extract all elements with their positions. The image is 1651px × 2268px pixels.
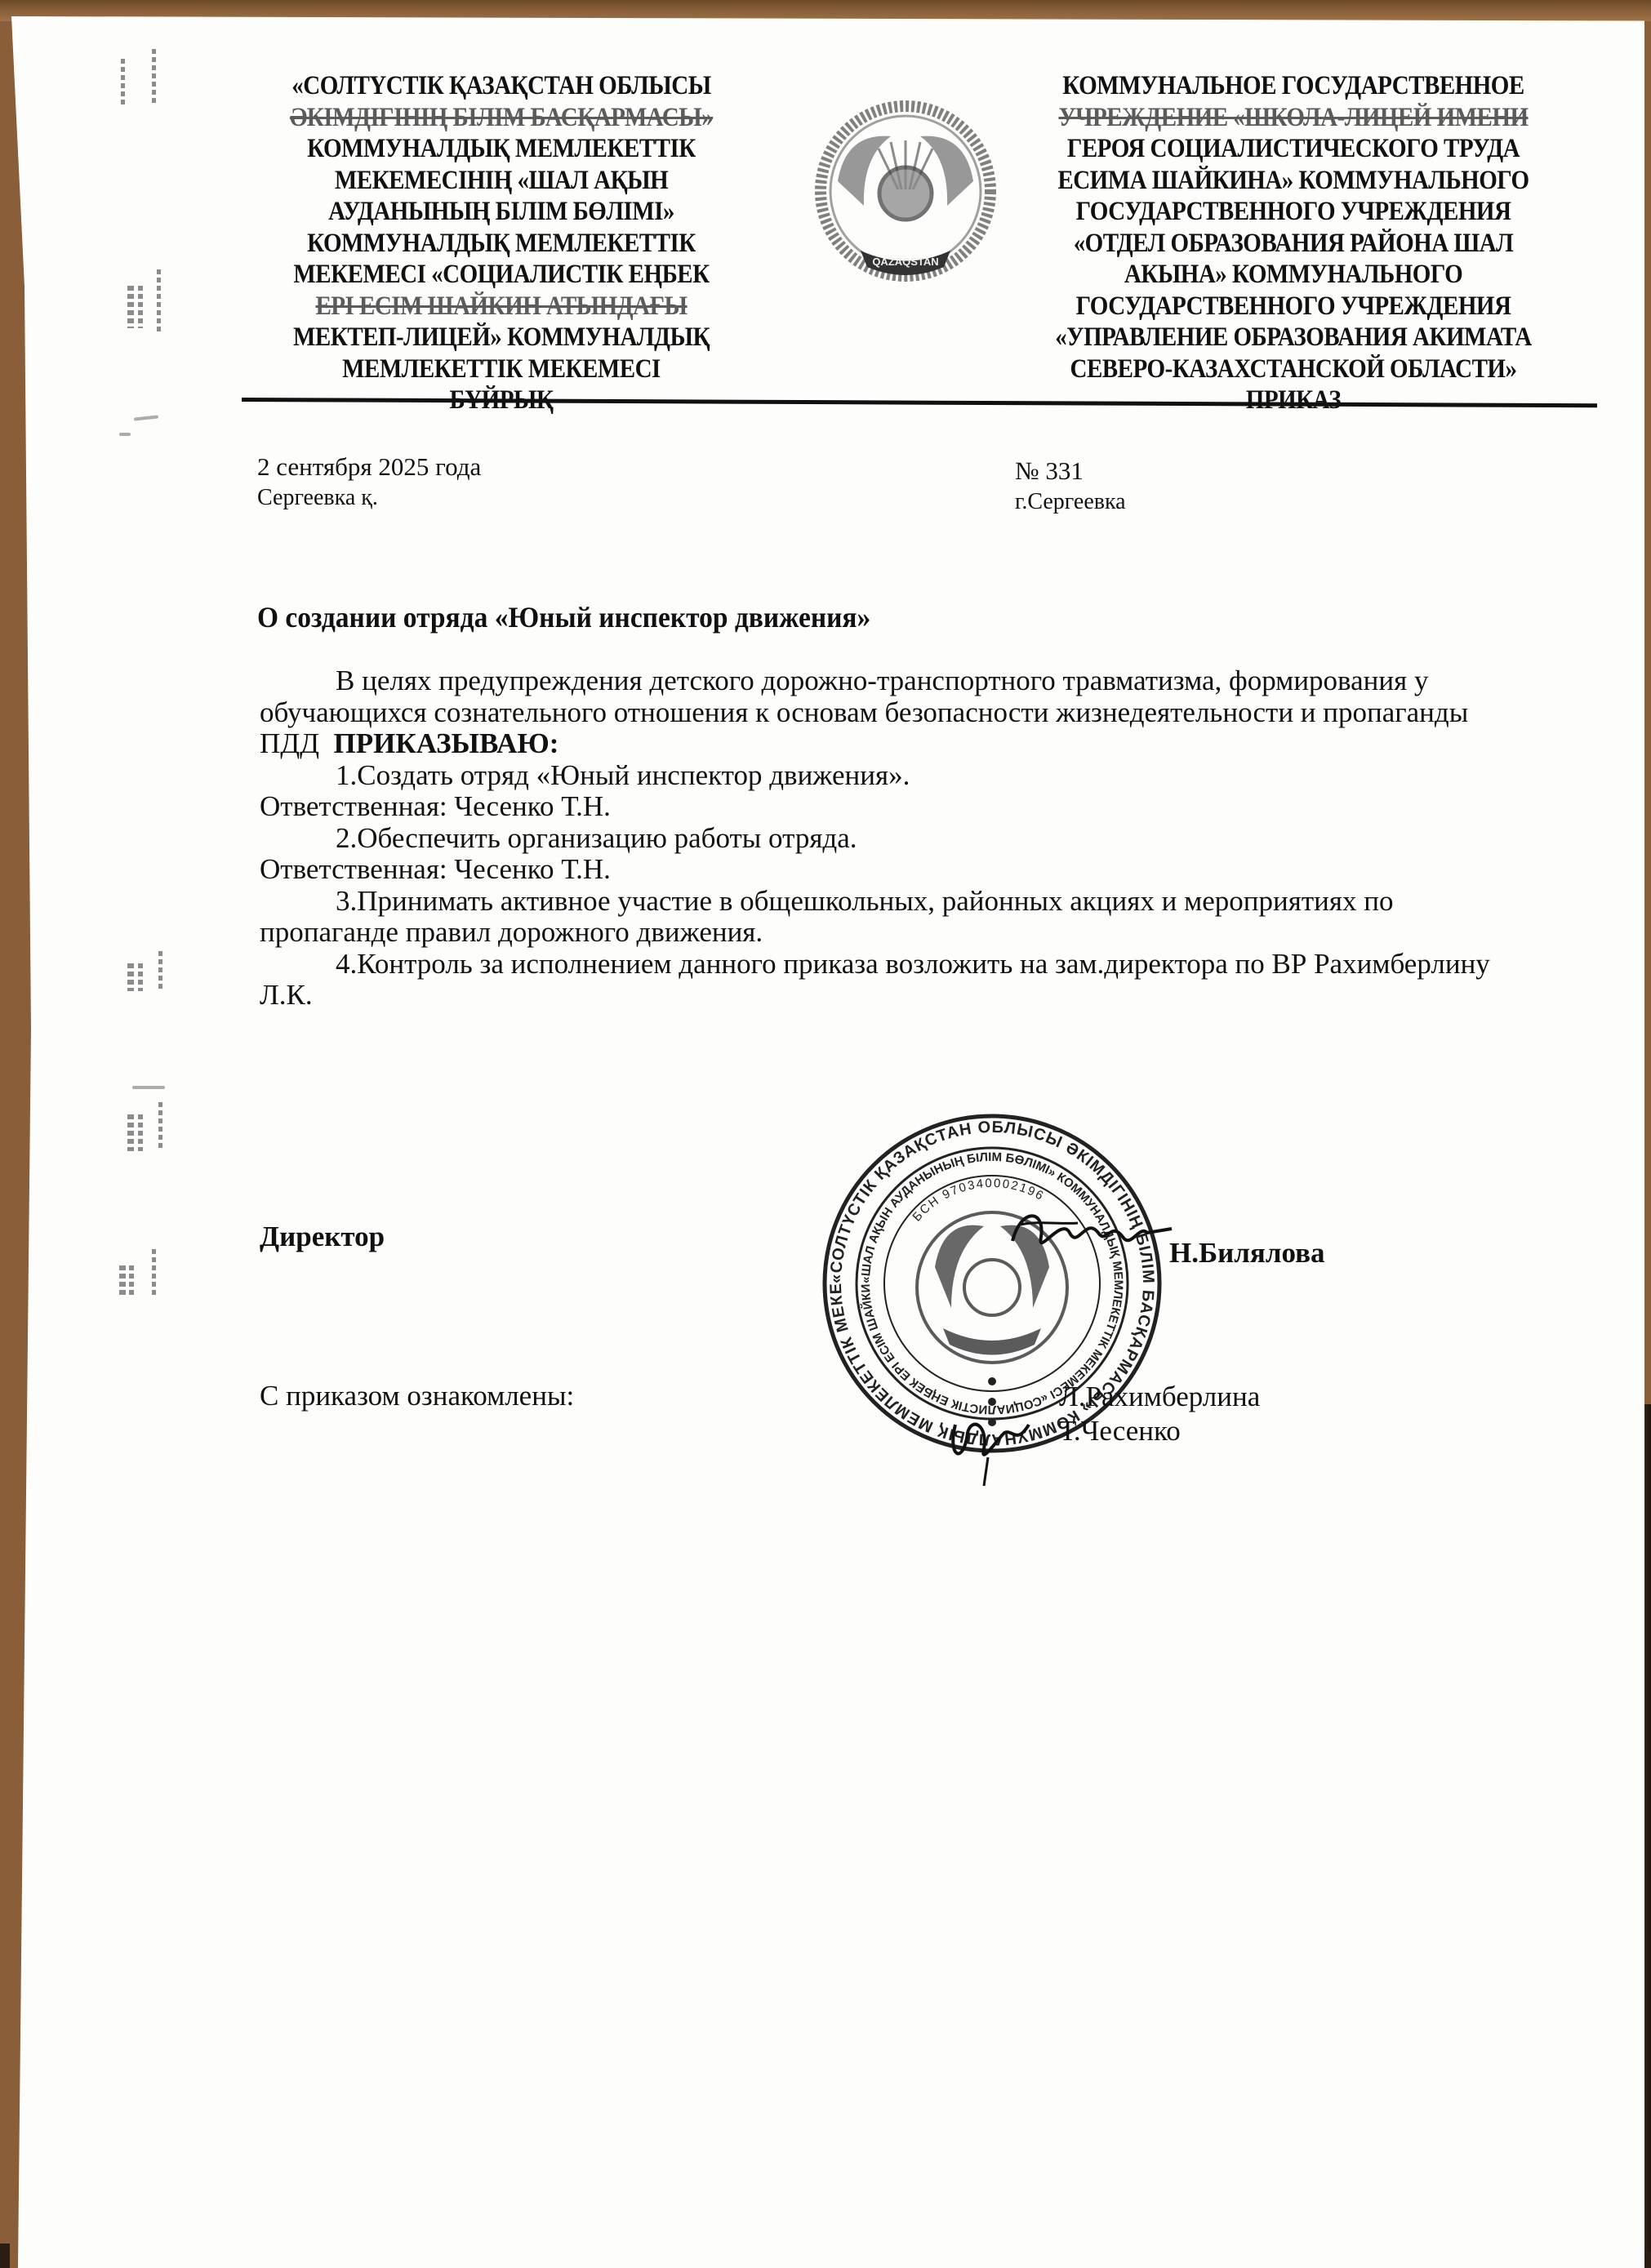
letterhead-line: МЕКТЕП-ЛИЦЕЙ» КОММУНАЛДЫҚ (243, 322, 760, 354)
letterhead-line: АУДАНЫНЫҢ БІЛІМ БӨЛІМІ» (243, 196, 760, 228)
acknowledgement-names: Л.Рахимберлина Т.Чесенко (1059, 1380, 1260, 1448)
order-date-block: 2 сентября 2025 года Сергеевка қ. (257, 451, 481, 514)
order-item-2: 2.Обеспечить организацию работы отряда. (260, 823, 1509, 855)
letterhead-line: «ОТДЕЛ ОБРАЗОВАНИЯ РАЙОНА ШАЛ (1013, 228, 1573, 260)
letterhead-line: ГЕРОЯ СОЦИАЛИСТИЧЕСКОГО ТРУДА (1013, 133, 1573, 165)
order-item-3: 3.Принимать активное участие в общешколь… (260, 886, 1509, 949)
letterhead-line: ГОСУДАРСТВЕННОГО УЧРЕЖДЕНИЯ (1013, 291, 1573, 322)
svg-text:QAZAQSTAN: QAZAQSTAN (872, 256, 938, 268)
order-item-4: 4.Контроль за исполнением данного приказ… (260, 949, 1509, 1012)
letterhead-line: ЕСИМА ШАЙКИНА» КОММУНАЛЬНОГО (1013, 165, 1573, 197)
order-number: № 331 (1015, 456, 1126, 487)
director-label: Директор (260, 1221, 385, 1253)
order-title: О создании отряда «Юный инспектор движен… (257, 600, 870, 634)
order-item-1-responsible: Ответственная: Чесенко Т.Н. (260, 791, 1509, 823)
letterhead-line: МЕКЕМЕСІНІҢ «ШАЛ АҚЫН (243, 165, 760, 197)
order-date: 2 сентября 2025 года (257, 451, 481, 483)
binder-hole-marks (118, 16, 191, 2268)
order-number-block: № 331 г.Сергеевка (1015, 456, 1126, 518)
letterhead-line: АКЫНА» КОММУНАЛЬНОГО (1013, 259, 1573, 291)
letterhead-line: ЕРІ ЕСІМ ШАЙКИН АТЫНДАҒЫ (243, 291, 760, 322)
letterhead-line: «УПРАВЛЕНИЕ ОБРАЗОВАНИЯ АКИМАТА (1013, 322, 1573, 354)
letterhead: «СОЛТҮСТІК ҚАЗАҚСТАН ОБЛЫСЫ ӘКІМДІГІНІҢ … (240, 59, 1612, 418)
letterhead-kazakh: «СОЛТҮСТІК ҚАЗАҚСТАН ОБЛЫСЫ ӘКІМДІГІНІҢ … (243, 70, 760, 416)
letterhead-line: СЕВЕРО-КАЗАХСТАНСКОЙ ОБЛАСТИ» (1013, 354, 1573, 385)
order-word: ПРИКАЗЫВАЮ: (334, 727, 559, 759)
kazakhstan-emblem-icon: QAZAQSTAN (813, 91, 998, 287)
letterhead-line: ӘКІМДІГІНІҢ БІЛІМ БАСҚАРМАСЫ» (243, 102, 760, 134)
ack-name: Т.Чесенко (1059, 1414, 1260, 1448)
letterhead-line: КОММУНАЛДЫҚ МЕМЛЕКЕТТІК (243, 228, 760, 260)
order-item-2-responsible: Ответственная: Чесенко Т.Н. (260, 854, 1509, 886)
letterhead-line: «СОЛТҮСТІК ҚАЗАҚСТАН ОБЛЫСЫ (243, 70, 760, 102)
order-item-1: 1.Создать отряд «Юный инспектор движения… (260, 760, 1509, 792)
order-place-ru: г.Сергеевка (1015, 487, 1126, 518)
order-label-ru: ПРИКАЗ (1013, 385, 1573, 416)
director-name: Н.Билялова (1169, 1237, 1325, 1270)
order-place-kz: Сергеевка қ. (257, 483, 481, 514)
letterhead-russian: КОММУНАЛЬНОЕ ГОСУДАРСТВЕННОЕ УЧРЕЖДЕНИЕ … (1013, 70, 1573, 416)
letterhead-line: КОММУНАЛЬНОЕ ГОСУДАРСТВЕННОЕ (1013, 70, 1573, 102)
acknowledgement-label: С приказом ознакомлены: (260, 1380, 574, 1412)
acknowledgement-signature (939, 1400, 1037, 1490)
letterhead-line: МЕМЛЕКЕТТІК МЕКЕМЕСІ (243, 354, 760, 385)
letterhead-line: МЕКЕМЕСІ «СОЦИАЛИСТІК ЕҢБЕК (243, 259, 760, 291)
letterhead-line: УЧРЕЖДЕНИЕ «ШКОЛА-ЛИЦЕЙ ИМЕНИ (1013, 102, 1573, 134)
director-signature (1004, 1200, 1176, 1265)
letterhead-line: ГОСУДАРСТВЕННОГО УЧРЕЖДЕНИЯ (1013, 196, 1573, 228)
ack-name: Л.Рахимберлина (1059, 1380, 1260, 1414)
desk-background-corner-left (0, 2244, 10, 2268)
letterhead-line: КОММУНАЛДЫҚ МЕМЛЕКЕТТІК (243, 133, 760, 165)
order-body: В целях предупреждения детского дорожно-… (260, 665, 1509, 1012)
preamble: В целях предупреждения детского дорожно-… (260, 665, 1509, 760)
